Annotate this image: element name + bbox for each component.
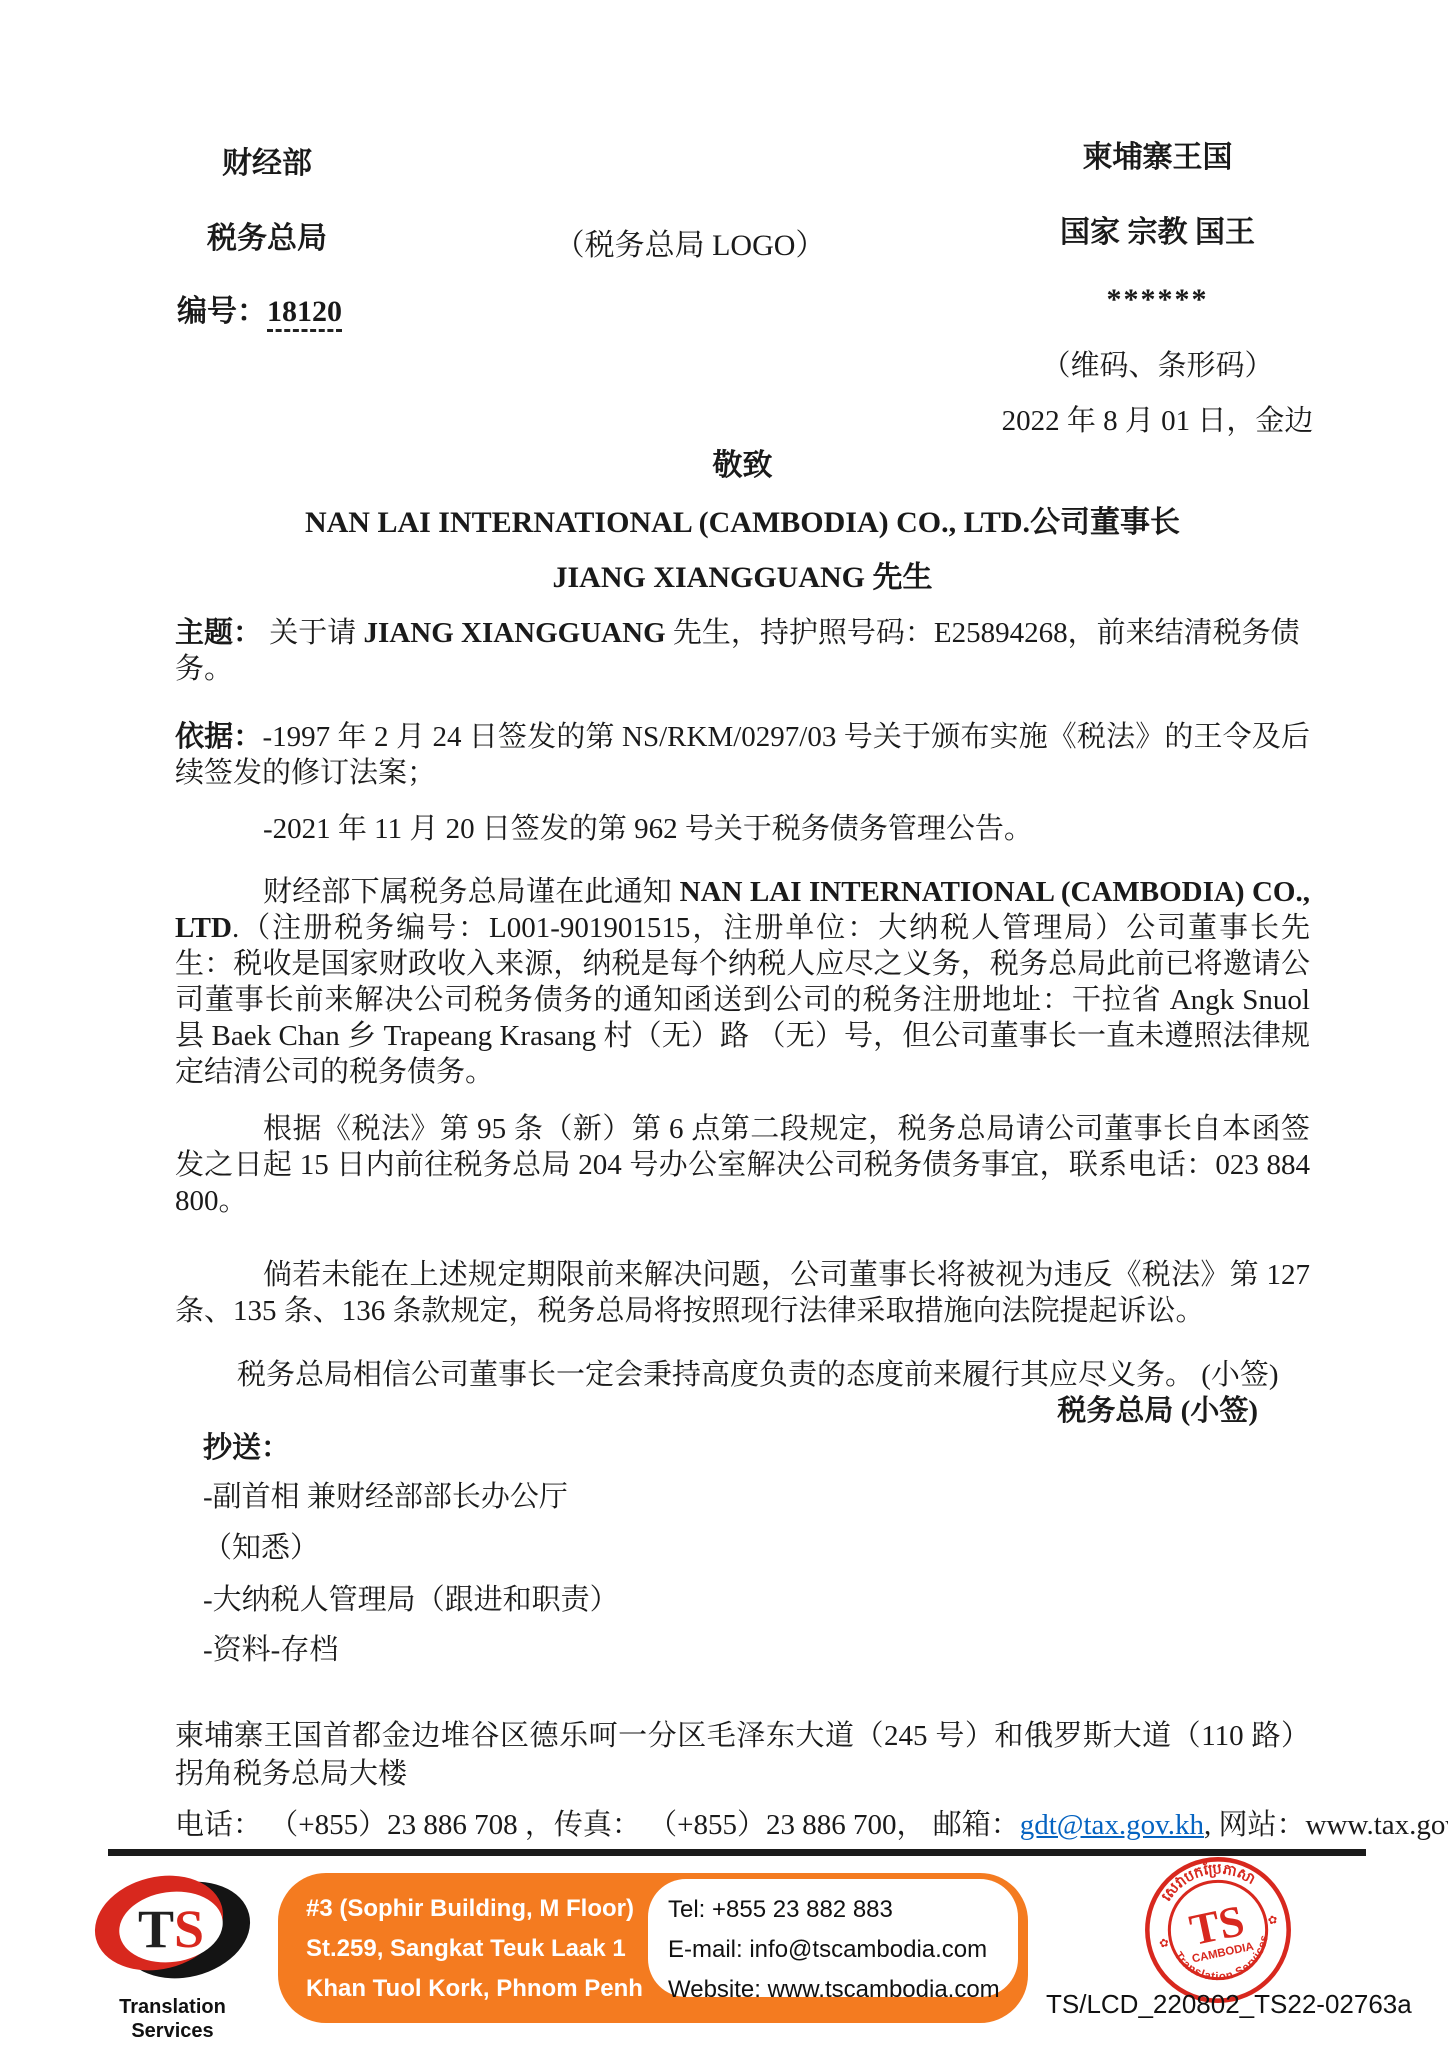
body-paragraph-2: 根据《税法》第 95 条（新）第 6 点第二段规定，税务总局请公司董事长自本函签… <box>175 1111 1310 1219</box>
ts-address-line: Khan Tuol Kork, Phnom Penh <box>306 1969 644 2009</box>
p1-pre-text: 财经部下属税务总局谨在此通知 <box>263 876 680 908</box>
ts-contact-line: E-mail: info@tscambodia.com <box>668 1930 1018 1970</box>
reference-number-line: 编号：18120 <box>177 294 357 330</box>
office-address: 柬埔寨王国首都金边堆谷区德乐呵一分区毛泽东大道（245 号）和俄罗斯大道（110… <box>175 1717 1310 1793</box>
flower-icon: ✿ <box>1267 1914 1279 1928</box>
header-left-block: 财经部 税务总局 编号：18120 <box>177 146 357 330</box>
logo-placeholder-text: （税务总局 LOGO） <box>440 228 940 264</box>
cc-item: -资料-存档 <box>203 1632 1310 1668</box>
ts-address-line: St.259, Sangkat Teuk Laak 1 <box>306 1929 644 1969</box>
body-paragraph-1: 财经部下属税务总局谨在此通知 NAN LAI INTERNATIONAL (CA… <box>175 874 1310 1090</box>
subject-pre-text: 关于请 <box>262 617 364 649</box>
basis-item-1: -1997 年 2 月 24 日签发的第 NS/RKM/0297/03 号关于颁… <box>175 721 1310 789</box>
office-contact-line: 电话： （+855）23 886 708 ，传真： （+855）23 886 7… <box>175 1807 1310 1843</box>
subject-line: 主题： 关于请 JIANG XIANGGUANG 先生，持护照号码：E25894… <box>175 615 1310 687</box>
ts-contact-card: Tel: +855 23 882 883 E-mail: info@tscamb… <box>648 1879 1018 1997</box>
basis-label: 依据： <box>175 721 262 753</box>
subject-person-name: JIANG XIANGGUANG <box>364 617 666 649</box>
office-website-label: , 网站： <box>1204 1809 1306 1841</box>
ts-logo-caption: Translation Services <box>85 1995 260 2043</box>
signature-line: 税务总局 (小签) <box>175 1393 1258 1429</box>
legal-basis-paragraph: 依据：-1997 年 2 月 24 日签发的第 NS/RKM/0297/03 号… <box>175 719 1310 791</box>
motto-line: 国家 宗教 国王 <box>985 215 1330 251</box>
office-website: www.tax.gov.kh <box>1306 1809 1448 1841</box>
ts-logo-icon: TS <box>90 1872 255 1984</box>
cc-label: 抄送： <box>203 1430 1310 1466</box>
cc-item: -大纳税人管理局（跟进和职责） <box>203 1582 1310 1618</box>
header-meta-block: （维码、条形码） 2022 年 8 月 01 日，金边 <box>985 348 1330 439</box>
cc-item: -副首相 兼财经部部长办公厅 <box>203 1479 1310 1515</box>
ts-address-card: #3 (Sophir Building, M Floor) St.259, Sa… <box>278 1873 1028 2023</box>
document-code: TS/LCD_220802_TS22-02763a <box>1046 1986 1412 2022</box>
ts-contact-line: Tel: +855 23 882 883 <box>668 1890 1018 1930</box>
flower-icon: ✿ <box>1158 1937 1170 1951</box>
body-paragraph-4: 税务总局相信公司董事长一定会秉持高度负责的态度前来履行其应尽义务。 (小签) <box>175 1357 1310 1393</box>
body-paragraph-3: 倘若未能在上述规定期限前来解决问题，公司董事长将被视为违反《税法》第 127 条… <box>175 1257 1310 1329</box>
stars-separator: ****** <box>985 282 1330 318</box>
ts-address-lines: #3 (Sophir Building, M Floor) St.259, Sa… <box>278 1873 644 2023</box>
svg-text:TS: TS <box>138 1899 204 1959</box>
date-line: 2022 年 8 月 01 日，金边 <box>985 403 1330 439</box>
ministry-name: 财经部 <box>177 146 357 182</box>
department-name: 税务总局 <box>177 221 357 257</box>
recipient-company: NAN LAI INTERNATIONAL (CAMBODIA) CO., LT… <box>175 505 1310 541</box>
office-phone-fax: 电话： （+855）23 886 708 ，传真： （+855）23 886 7… <box>175 1809 1020 1841</box>
p1-post-text: .（注册税务编号：L001-901901515，注册单位：大纳税人管理局）公司董… <box>175 912 1310 1088</box>
ts-contact-line: Website: www.tscambodia.com <box>668 1970 1018 2010</box>
letter-content: 敬致 NAN LAI INTERNATIONAL (CAMBODIA) CO.,… <box>175 448 1310 1843</box>
barcode-placeholder-text: （维码、条形码） <box>985 348 1330 384</box>
scanned-letter-page: 财经部 税务总局 编号：18120 （税务总局 LOGO） 柬埔寨王国 国家 宗… <box>0 0 1448 2048</box>
header-right-block: 柬埔寨王国 国家 宗教 国王 ****** <box>985 140 1330 318</box>
ts-address-line: #3 (Sophir Building, M Floor) <box>306 1889 644 1929</box>
recipient-person: JIANG XIANGGUANG 先生 <box>175 560 1310 596</box>
kingdom-line: 柬埔寨王国 <box>985 140 1330 176</box>
reference-label: 编号： <box>177 295 267 328</box>
office-email-link[interactable]: gdt@tax.gov.kh <box>1020 1809 1204 1841</box>
basis-item-2: -2021 年 11 月 20 日签发的第 962 号关于税务债务管理公告。 <box>175 811 1310 847</box>
subject-label: 主题： <box>175 617 262 649</box>
cc-block: 抄送： -副首相 兼财经部部长办公厅 （知悉） -大纳税人管理局（跟进和职责） … <box>203 1430 1310 1668</box>
cc-item: （知悉） <box>203 1530 1310 1566</box>
footer-divider-bar <box>108 1849 1366 1856</box>
reference-number: 18120 <box>267 295 342 332</box>
ts-logo-block: TS Translation Services <box>85 1872 260 2043</box>
salutation: 敬致 <box>175 448 1310 484</box>
